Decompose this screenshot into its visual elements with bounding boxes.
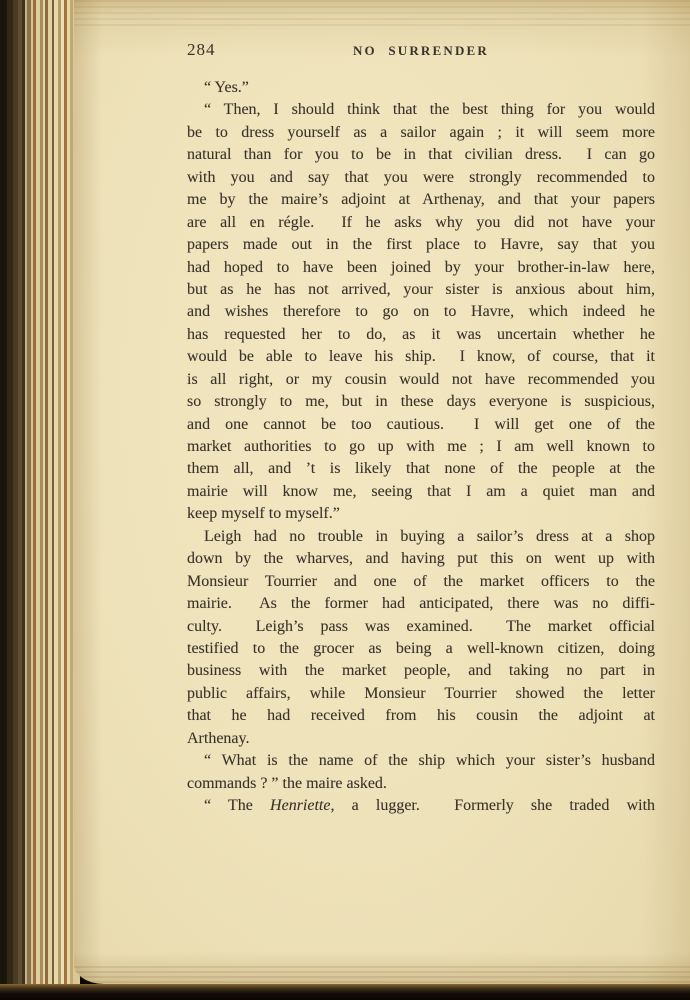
text-line: culty. Leigh’s pass was examined. The ma… bbox=[187, 616, 655, 638]
text-segment: is all right, or my cousin would not hav… bbox=[187, 371, 655, 388]
text-segment: had hoped to have been joined by your br… bbox=[187, 259, 655, 276]
text-segment: “ The bbox=[204, 797, 270, 814]
text-segment: business with the market people, and tak… bbox=[187, 662, 655, 679]
italic-text: Henriette, bbox=[270, 797, 334, 814]
text-segment: market authorities to go up with me ; I … bbox=[187, 438, 655, 455]
text-segment: Arthenay. bbox=[187, 730, 250, 747]
text-line: has requested her to do, as it was uncer… bbox=[187, 324, 655, 346]
text-segment: keep myself to myself.” bbox=[187, 505, 340, 522]
text-line: business with the market people, and tak… bbox=[187, 660, 655, 682]
text-segment: has requested her to do, as it was uncer… bbox=[187, 326, 655, 343]
text-line: “ Then, I should think that the best thi… bbox=[187, 99, 655, 121]
text-line: so strongly to me, but in these days eve… bbox=[187, 391, 655, 413]
book-scan: 284 NO SURRENDER “ Yes.”“ Then, I should… bbox=[0, 0, 690, 1000]
text-segment: but as he has not arrived, your sister i… bbox=[187, 281, 655, 298]
text-line: and wishes therefore to go on to Havre, … bbox=[187, 301, 655, 323]
text-segment: natural than for you to be in that civil… bbox=[187, 146, 655, 163]
text-line: them all, and ’t is likely that none of … bbox=[187, 458, 655, 480]
text-line: public affairs, while Monsieur Tourrier … bbox=[187, 683, 655, 705]
text-segment: culty. Leigh’s pass was examined. The ma… bbox=[187, 618, 655, 635]
text-line: that he had received from his cousin the… bbox=[187, 705, 655, 727]
text-segment: and wishes therefore to go on to Havre, … bbox=[187, 303, 655, 320]
text-segment: commands ? ” the maire asked. bbox=[187, 775, 387, 792]
text-segment: testified to the grocer as being a well-… bbox=[187, 640, 655, 657]
text-line: Monsieur Tourrier and one of the market … bbox=[187, 571, 655, 593]
text-line: keep myself to myself.” bbox=[187, 503, 655, 525]
text-segment: mairie will know me, seeing that I am a … bbox=[187, 483, 655, 500]
text-segment: “ What is the name of the ship which you… bbox=[204, 752, 655, 769]
book-bottom-edge bbox=[0, 984, 690, 1000]
text-segment: would be able to leave his ship. I know,… bbox=[187, 348, 655, 365]
text-segment: so strongly to me, but in these days eve… bbox=[187, 393, 655, 410]
text-segment: “ Then, I should think that the best thi… bbox=[204, 101, 655, 118]
text-line: mairie. As the former had anticipated, t… bbox=[187, 593, 655, 615]
text-segment: that he had received from his cousin the… bbox=[187, 707, 655, 724]
text-segment: down by the wharves, and having put this… bbox=[187, 550, 655, 567]
text-line: with you and say that you were strongly … bbox=[187, 167, 655, 189]
book-page-edges bbox=[0, 0, 80, 986]
page-header: 284 NO SURRENDER bbox=[187, 40, 655, 60]
text-line: Leigh had no trouble in buying a sailor’… bbox=[187, 526, 655, 548]
page-text: “ Yes.”“ Then, I should think that the b… bbox=[187, 77, 655, 817]
text-line: “ Yes.” bbox=[187, 77, 655, 99]
text-segment: papers made out in the first place to Ha… bbox=[187, 236, 655, 253]
text-segment: mairie. As the former had anticipated, t… bbox=[187, 595, 655, 612]
text-segment: “ Yes.” bbox=[204, 79, 249, 96]
text-segment: me by the maire’s adjoint at Arthenay, a… bbox=[187, 191, 655, 208]
text-segment: be to dress yourself as a sailor again ;… bbox=[187, 124, 655, 141]
text-line: testified to the grocer as being a well-… bbox=[187, 638, 655, 660]
running-title: NO SURRENDER bbox=[187, 43, 655, 59]
text-segment: a lugger. Formerly she traded with bbox=[334, 797, 655, 814]
text-line: “ The Henriette, a lugger. Formerly she … bbox=[187, 795, 655, 817]
text-line: market authorities to go up with me ; I … bbox=[187, 436, 655, 458]
text-line: are all en régle. If he asks why you did… bbox=[187, 212, 655, 234]
text-segment: with you and say that you were strongly … bbox=[187, 169, 655, 186]
text-line: down by the wharves, and having put this… bbox=[187, 548, 655, 570]
text-segment: them all, and ’t is likely that none of … bbox=[187, 460, 655, 477]
text-line: me by the maire’s adjoint at Arthenay, a… bbox=[187, 189, 655, 211]
text-line: “ What is the name of the ship which you… bbox=[187, 750, 655, 772]
text-line: is all right, or my cousin would not hav… bbox=[187, 369, 655, 391]
text-line: Arthenay. bbox=[187, 728, 655, 750]
text-line: had hoped to have been joined by your br… bbox=[187, 257, 655, 279]
text-line: be to dress yourself as a sailor again ;… bbox=[187, 122, 655, 144]
text-segment: public affairs, while Monsieur Tourrier … bbox=[187, 685, 655, 702]
text-line: and one cannot be too cautious. I will g… bbox=[187, 414, 655, 436]
text-segment: are all en régle. If he asks why you did… bbox=[187, 214, 655, 231]
book-page: 284 NO SURRENDER “ Yes.”“ Then, I should… bbox=[74, 0, 690, 984]
text-line: commands ? ” the maire asked. bbox=[187, 773, 655, 795]
text-line: mairie will know me, seeing that I am a … bbox=[187, 481, 655, 503]
text-segment: Monsieur Tourrier and one of the market … bbox=[187, 573, 655, 590]
text-segment: Leigh had no trouble in buying a sailor’… bbox=[204, 528, 655, 545]
text-line: would be able to leave his ship. I know,… bbox=[187, 346, 655, 368]
text-line: natural than for you to be in that civil… bbox=[187, 144, 655, 166]
text-line: but as he has not arrived, your sister i… bbox=[187, 279, 655, 301]
text-segment: and one cannot be too cautious. I will g… bbox=[187, 416, 655, 433]
text-line: papers made out in the first place to Ha… bbox=[187, 234, 655, 256]
